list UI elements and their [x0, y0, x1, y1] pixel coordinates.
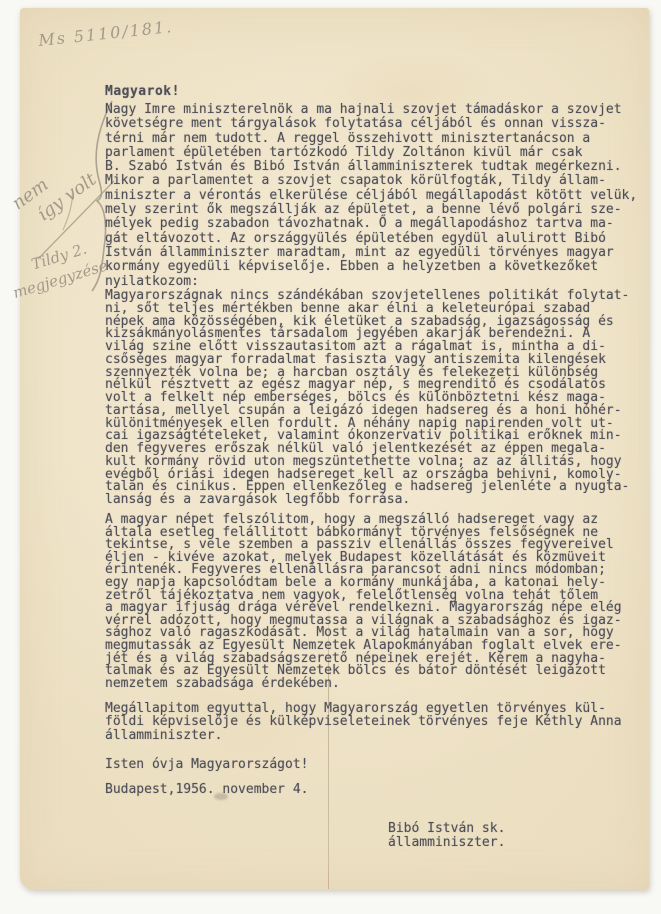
- paragraph-1: Nagy Imre miniszterelnök a ma hajnali sz…: [105, 103, 637, 289]
- closing-invocation: Isten óvja Magyarországot!: [105, 757, 309, 772]
- signature-block: Bibó István sk. államminiszter.: [388, 822, 505, 849]
- document-title: Magyarok!: [105, 84, 180, 99]
- paragraph-4: Megállapitom egyuttal, hogy Magyarország…: [105, 702, 622, 742]
- paragraph-3: A magyar népet felszólitom, hogy a megsz…: [105, 514, 622, 690]
- signature-title: államminiszter.: [388, 835, 505, 850]
- date-line: Budapest,1956. november 4.: [105, 782, 309, 797]
- paragraph-2: Magyarországnak nincs szándékában szovje…: [105, 290, 629, 507]
